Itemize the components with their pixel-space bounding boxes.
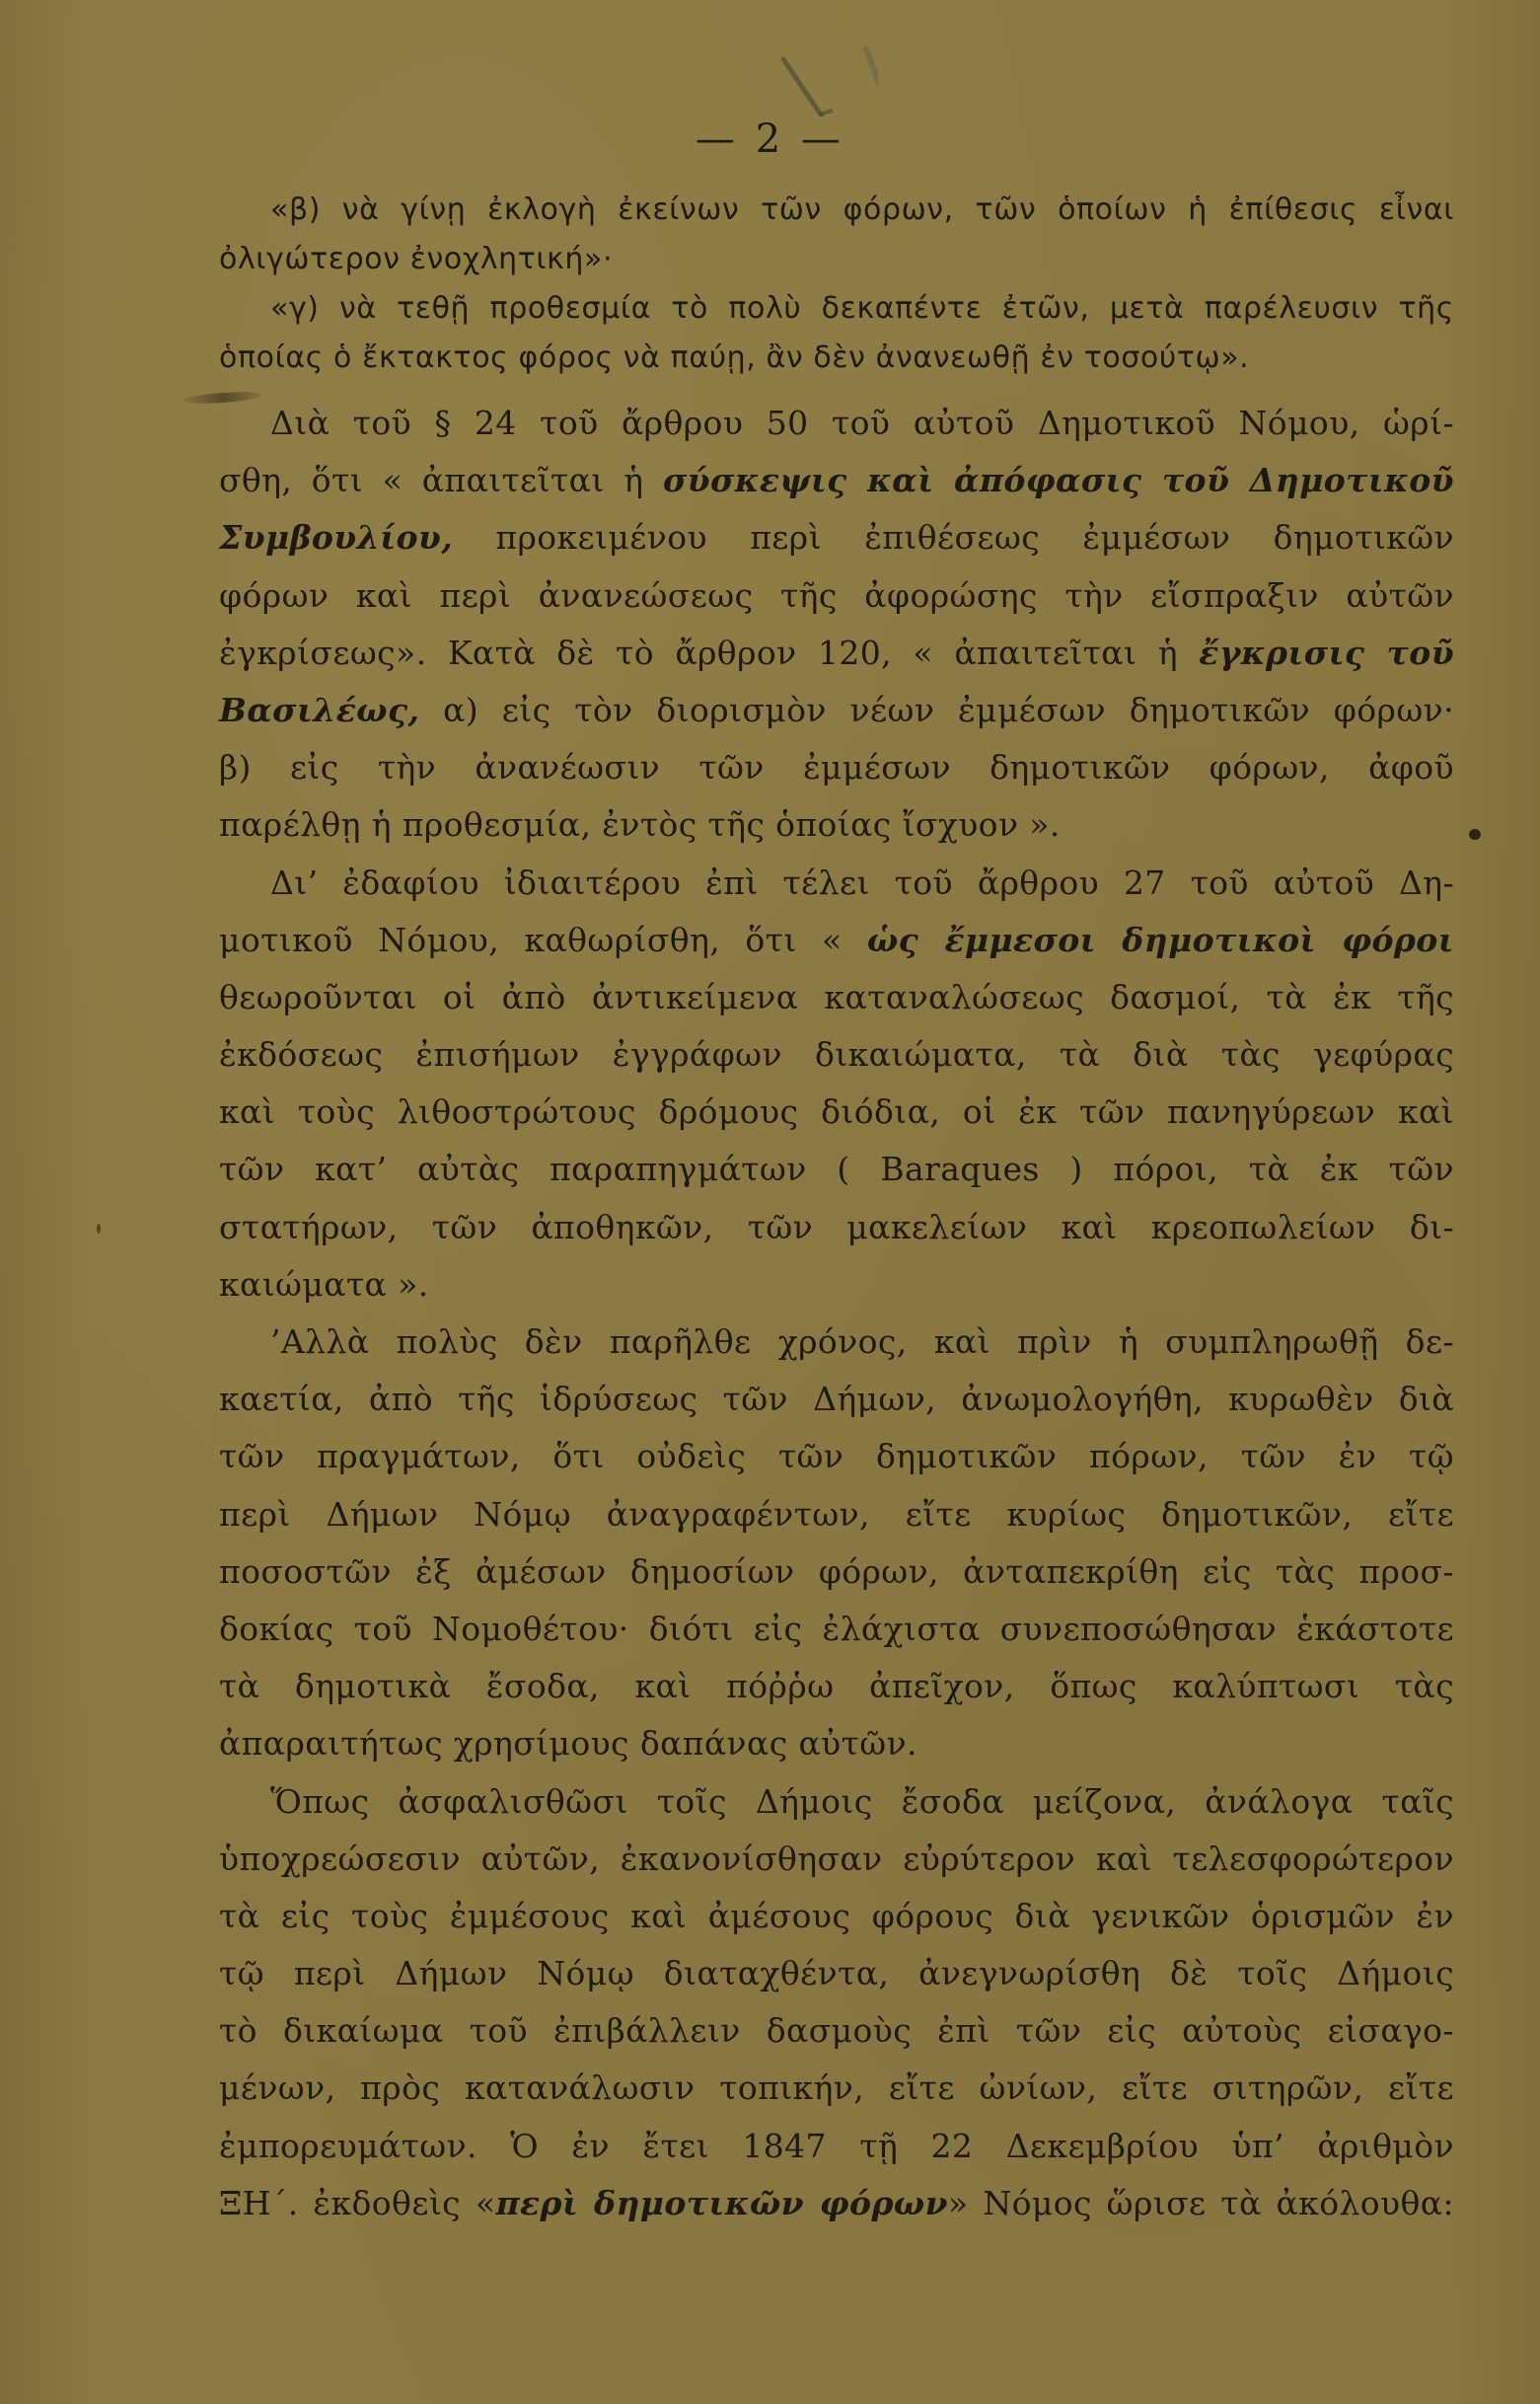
- paragraph-line: ἐγκρίσεως». Κατὰ δὲ τὸ ἄρθρον 120, « ἀπα…: [219, 625, 1454, 682]
- paragraph-line: παρέλθῃ ἡ προθεσμία, ἐντὸς τῆς ὁποίας ἴσ…: [219, 796, 1454, 854]
- page-number: — 2 —: [0, 116, 1540, 162]
- emphasis-text: Συμβουλίου,: [219, 518, 453, 557]
- emphasis-text: περὶ δημοτικῶν φόρων: [495, 2184, 947, 2222]
- clause-b-line-1: «β) νὰ γίνῃ ἐκλογὴ ἐκείνων τῶν φόρων, τῶ…: [219, 186, 1454, 235]
- paragraph-line: τῶν πραγμάτων, ὅτι οὐδεὶς τῶν δημοτικῶν …: [219, 1428, 1454, 1485]
- clause-b-line-2: ὀλιγώτερον ἐνοχλητική»·: [219, 235, 1454, 284]
- text-span: ἐγκρίσεως». Κατὰ δὲ τὸ ἄρθρον 120, « ἀπα…: [219, 634, 1199, 672]
- paragraph-line: β) εἰς τὴν ἀνανέωσιν τῶν ἐμμέσων δημοτικ…: [219, 739, 1454, 796]
- paragraph-line: τὰ εἰς τοὺς ἐμμέσους καὶ ἀμέσους φόρους …: [219, 1888, 1454, 1945]
- paragraph-line: ὑποχρεώσεσιν αὐτῶν, ἐκανονίσθησαν εὐρύτε…: [219, 1831, 1454, 1888]
- paragraph-line: καιώματα ».: [219, 1256, 1454, 1314]
- text-span: προκειμένου περὶ ἐπιθέσεως ἐμμέσων δημοτ…: [453, 518, 1454, 557]
- emphasis-text: ἔγκρισις τοῦ: [1199, 634, 1454, 672]
- paragraph-line: καετία, ἀπὸ τῆς ἱδρύσεως τῶν Δήμων, ἀνωμ…: [219, 1371, 1454, 1428]
- text-span: σθη, ὅτι « ἀπαιτεῖται ἡ: [219, 461, 663, 499]
- emphasis-text: Βασιλέως,: [219, 691, 419, 729]
- paragraph-line: τῶν κατ’ αὐτὰς παραπηγμάτων ( Baraques )…: [219, 1141, 1454, 1198]
- body-text: «β) νὰ γίνῃ ἐκλογὴ ἐκείνων τῶν φόρων, τῶ…: [219, 186, 1454, 2232]
- paragraph-line: ἐμπορευμάτων. Ὁ ἐν ἔτει 1847 τῇ 22 Δεκεμ…: [219, 2118, 1454, 2175]
- paragraph-line: φόρων καὶ περὶ ἀνανεώσεως τῆς ἀφορώσης τ…: [219, 567, 1454, 625]
- paragraph-3: ’Αλλὰ πολὺς δὲν παρῆλθε χρόνος, καὶ πρὶν…: [219, 1314, 1454, 1773]
- quoted-clauses: «β) νὰ γίνῃ ἐκλογὴ ἐκείνων τῶν φόρων, τῶ…: [219, 186, 1454, 383]
- ink-dot: [1469, 829, 1481, 840]
- paragraph-line: δοκίας τοῦ Νομοθέτου· διότι εἰς ἐλάχιστα…: [219, 1601, 1454, 1658]
- paragraph-line: τὸ δικαίωμα τοῦ ἐπιβάλλειν δασμοὺς ἐπὶ τ…: [219, 2002, 1454, 2060]
- paragraph-line: μοτικοῦ Νόμου, καθωρίσθη, ὅτι « ὡς ἔμμεσ…: [219, 912, 1454, 969]
- text-span: α) εἰς τὸν διορισμὸν νέων ἐμμέσων δημοτι…: [419, 691, 1454, 729]
- paragraph-line: ποσοστῶν ἐξ ἀμέσων δημοσίων φόρων, ἀνταπ…: [219, 1543, 1454, 1601]
- paragraph-line: τὰ δημοτικὰ ἔσοδα, καὶ πόῤῥω ἀπεῖχον, ὅπ…: [219, 1658, 1454, 1715]
- paragraph-1: Διὰ τοῦ § 24 τοῦ ἄρθρου 50 τοῦ αὐτοῦ Δημ…: [219, 395, 1454, 855]
- scanned-page: — 2 — «β) νὰ γίνῃ ἐκλογὴ ἐκείνων τῶν φόρ…: [0, 0, 1540, 2404]
- paragraph-line: ἀπαραιτήτως χρησίμους δαπάνας αὐτῶν.: [219, 1715, 1454, 1772]
- paragraph-line: σθη, ὅτι « ἀπαιτεῖται ἡ σύσκεψις καὶ ἀπό…: [219, 452, 1454, 509]
- paragraph-line: Βασιλέως, α) εἰς τὸν διορισμὸν νέων ἐμμέ…: [219, 682, 1454, 739]
- text-span: μοτικοῦ Νόμου, καθωρίσθη, ὅτι «: [219, 921, 867, 959]
- paragraph-line: ’Αλλὰ πολὺς δὲν παρῆλθε χρόνος, καὶ πρὶν…: [219, 1314, 1454, 1371]
- paragraph-line: καὶ τοὺς λιθοστρώτους δρόμους διόδια, οἱ…: [219, 1084, 1454, 1141]
- paragraph-line: μένων, πρὸς κατανάλωσιν τοπικήν, εἴτε ὠν…: [219, 2060, 1454, 2117]
- paragraph-line: Διὰ τοῦ § 24 τοῦ ἄρθρου 50 τοῦ αὐτοῦ Δημ…: [219, 395, 1454, 452]
- clause-c-line-2: ὁποίας ὁ ἔκτακτος φόρος νὰ παύῃ, ἂν δὲν …: [219, 334, 1454, 383]
- paragraph-line: Ὅπως ἀσφαλισθῶσι τοῖς Δήμοις ἔσοδα μείζο…: [219, 1773, 1454, 1831]
- ink-dot: [97, 1224, 101, 1234]
- paragraph-line: Δι’ ἐδαφίου ἰδιαιτέρου ἐπὶ τέλει τοῦ ἄρθ…: [219, 855, 1454, 912]
- paragraph-line: στατήρων, τῶν ἀποθηκῶν, τῶν μακελείων κα…: [219, 1199, 1454, 1256]
- paragraph-line: περὶ Δήμων Νόμῳ ἀναγραφέντων, εἴτε κυρίω…: [219, 1486, 1454, 1543]
- text-span: » Νόμος ὥρισε τὰ ἀκόλουθα:: [948, 2184, 1454, 2222]
- paragraph-2: Δι’ ἐδαφίου ἰδιαιτέρου ἐπὶ τέλει τοῦ ἄρθ…: [219, 855, 1454, 1315]
- paragraph-line: ΞΗ΄. ἐκδοθεὶς «περὶ δημοτικῶν φόρων» Νόμ…: [219, 2175, 1454, 2232]
- emphasis-text: σύσκεψις καὶ ἀπόφασις τοῦ Δημοτικοῦ: [663, 461, 1454, 499]
- paragraph-line: τῷ περὶ Δήμων Νόμῳ διαταχθέντα, ἀνεγνωρί…: [219, 1945, 1454, 2002]
- paragraph-line: θεωροῦνται οἱ ἀπὸ ἀντικείμενα καταναλώσε…: [219, 969, 1454, 1026]
- paragraph-line: ἐκδόσεως ἐπισήμων ἐγγράφων δικαιώματα, τ…: [219, 1026, 1454, 1084]
- clause-c-line-1: «γ) νὰ τεθῇ προθεσμία τὸ πολὺ δεκαπέντε …: [219, 284, 1454, 334]
- paragraph-line: Συμβουλίου, προκειμένου περὶ ἐπιθέσεως ἐ…: [219, 509, 1454, 566]
- text-span: ΞΗ΄. ἐκδοθεὶς «: [219, 2184, 495, 2222]
- paragraph-4: Ὅπως ἀσφαλισθῶσι τοῖς Δήμοις ἔσοδα μείζο…: [219, 1773, 1454, 2233]
- emphasis-text: ὡς ἔμμεσοι δημοτικοὶ φόροι: [867, 921, 1454, 959]
- pencil-mark-icon: [770, 28, 878, 116]
